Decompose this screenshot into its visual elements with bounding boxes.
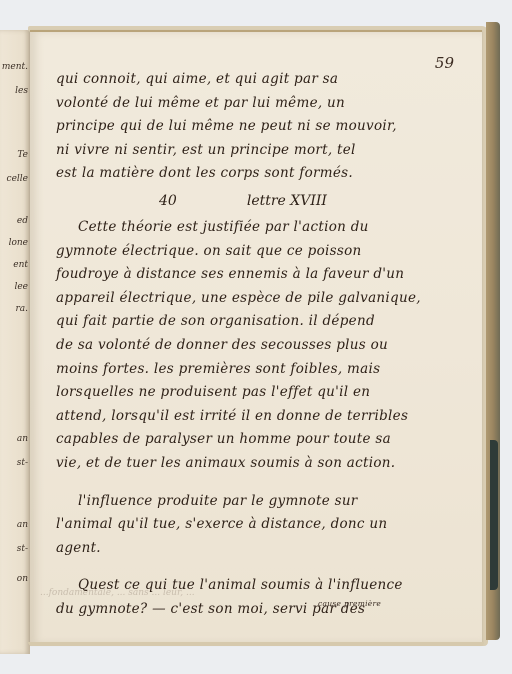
- right-page: 59 qui connoit, qui aime, et qui agit pa…: [30, 30, 482, 644]
- manuscript-photo: ment. les Te celle ed lone ent lee ra. a…: [0, 0, 512, 674]
- text-line: appareil électrique, une espèce de pile …: [56, 287, 460, 311]
- left-page: ment. les Te celle ed lone ent lee ra. a…: [0, 30, 30, 654]
- left-fragment: ed: [0, 216, 28, 226]
- left-fragment: on: [0, 574, 28, 584]
- manuscript-text: qui connoit, qui aime, et qui agit par s…: [56, 68, 460, 621]
- left-fragment: an: [0, 520, 28, 530]
- interlinear-note: cause première: [318, 592, 381, 616]
- text-line: principe qui de lui même ne peut ni se m…: [56, 115, 460, 139]
- left-fragment: lee: [0, 282, 28, 292]
- letter-heading: 40 lettre XVIII: [56, 186, 460, 216]
- text-line: moins fortes. les premières sont foibles…: [56, 358, 460, 382]
- letter-number: 40: [159, 186, 177, 216]
- left-fragment: st-: [0, 544, 28, 554]
- text-line: attend, lorsqu'il est irrité il en donne…: [56, 405, 460, 429]
- left-fragment: Te: [0, 150, 28, 160]
- text-line: volonté de lui même et par lui même, un: [56, 92, 460, 116]
- left-fragment: lone: [0, 238, 28, 248]
- letter-title: lettre XVIII: [247, 186, 327, 216]
- text-line: du gymnote? — c'est son moi, servi par d…: [56, 598, 460, 622]
- text-line: est la matière dont les corps sont formé…: [56, 162, 460, 186]
- text-line: qui fait partie de son organisation. il …: [56, 310, 460, 334]
- text-line: qui connoit, qui aime, et qui agit par s…: [56, 68, 460, 92]
- text-line: Cette théorie est justifiée par l'action…: [56, 216, 460, 240]
- text-line: ni vivre ni sentir, est un principe mort…: [56, 139, 460, 163]
- text-line: gymnote électrique. on sait que ce poiss…: [56, 240, 460, 264]
- left-fragment: an: [0, 434, 28, 444]
- left-fragment: ment.: [0, 62, 28, 72]
- text-line: lorsquelles ne produisent pas l'effet qu…: [56, 381, 460, 405]
- text-line: agent.: [56, 537, 460, 561]
- left-fragment: ent: [0, 260, 28, 270]
- text-line: foudroye à distance ses ennemis à la fav…: [56, 263, 460, 287]
- text-line: l'animal qu'il tue, s'exerce à distance,…: [56, 513, 460, 537]
- cover-binding: [490, 440, 498, 590]
- text-line: vie, et de tuer les animaux soumis à son…: [56, 452, 460, 476]
- left-fragment: ra.: [0, 304, 28, 314]
- left-fragment: les: [0, 86, 28, 96]
- text-line: de sa volonté de donner des secousses pl…: [56, 334, 460, 358]
- text-line: capables de paralyser un homme pour tout…: [56, 428, 460, 452]
- bleedthrough-text: ...fondamentale, ... sans ... leur, ...: [40, 588, 195, 598]
- left-fragment: st-: [0, 458, 28, 468]
- page-bottom-edge: [28, 642, 484, 646]
- left-fragment: celle: [0, 174, 28, 184]
- text-line: l'influence produite par le gymnote sur: [56, 490, 460, 514]
